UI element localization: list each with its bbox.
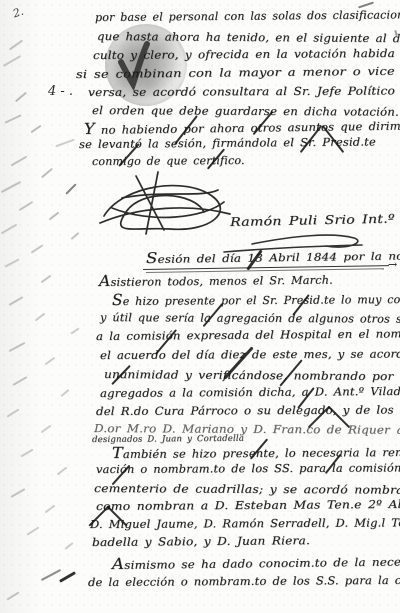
body-line: unanimidad y verificándose, nombrando po… — [104, 369, 400, 382]
bleedthrough-mark — [11, 156, 28, 167]
bleedthrough-mark — [31, 244, 44, 253]
manuscript-page: 2. 4 - . por base el personal con las so… — [0, 0, 400, 613]
scribble-cancellation — [92, 168, 242, 240]
bleedthrough-mark — [394, 30, 397, 36]
body-line: como nombran a D. Esteban Mas Ten.e 2º A… — [96, 499, 400, 512]
ink-slash-stroke — [59, 571, 76, 583]
bleedthrough-mark — [41, 569, 61, 581]
session-heading: Sesión del día 13 Abril 1844 por la noch… — [146, 248, 400, 267]
bleedthrough-mark — [27, 526, 40, 535]
body-line: del R.do Cura Párroco o su delegado, y d… — [96, 404, 400, 417]
body-line: badella y Sabio, y D. Juan Riera. — [92, 535, 310, 548]
attendance-line: Asistieron todos, menos el Sr. March. — [99, 272, 333, 290]
closing-line: conmigo de que certifico. — [92, 155, 245, 167]
bleedthrough-mark — [1, 224, 18, 235]
closing-line: que hasta ahora ha tenido, en el siguien… — [97, 31, 400, 44]
secretary-signature: Ramón Puli Srio Int.º — [230, 213, 395, 228]
bleedthrough-mark — [45, 505, 56, 514]
bleedthrough-mark — [61, 389, 70, 397]
page-corner-mark: 2. — [11, 5, 25, 21]
bleedthrough-mark — [9, 342, 26, 352]
body-line: cementerio de cuadrillas; y se acordó no… — [94, 483, 400, 496]
bleedthrough-mark — [19, 201, 34, 211]
body-line: vación o nombram.to de los SS. para la c… — [96, 462, 400, 475]
bleedthrough-mark — [45, 357, 56, 366]
closing-line: Y no habiendo por ahora otros asuntos qu… — [84, 117, 400, 137]
bleedthrough-mark — [7, 591, 20, 600]
bleedthrough-mark — [4, 114, 21, 123]
bleedthrough-mark — [70, 327, 79, 334]
body-line: a la comisión expresada del Hospital en … — [96, 328, 400, 342]
body-line: y útil que sería la agregación de alguno… — [100, 312, 400, 325]
bleedthrough-mark — [41, 168, 53, 179]
bleedthrough-mark — [3, 55, 21, 67]
bleedthrough-mark — [55, 139, 74, 148]
body-line: agregados a la comisión dicha, a D. Ant.… — [100, 386, 400, 399]
body-line: Asimismo se ha dado conocim.to de la nec… — [112, 553, 400, 572]
body-line: D. Miguel Jaume, D. Ramón Serradell, D. … — [90, 517, 400, 530]
bleedthrough-mark — [7, 408, 20, 417]
bleedthrough-mark — [358, 2, 374, 9]
bleedthrough-mark — [9, 296, 24, 306]
bleedthrough-mark — [57, 467, 68, 476]
body-line: de la elección o nombram.to de los S.S. … — [88, 574, 400, 588]
closing-line: versa, se acordó consultara al Sr. Jefe … — [88, 85, 395, 98]
bleedthrough-mark — [41, 275, 52, 284]
closing-line: culto y clero, y ofrecida en la votación… — [93, 48, 395, 61]
bleedthrough-mark — [65, 183, 76, 194]
bleedthrough-mark — [41, 425, 52, 434]
bleedthrough-mark — [13, 376, 28, 386]
bleedthrough-mark — [64, 542, 73, 550]
bleedthrough-mark — [49, 212, 60, 221]
bleedthrough-mark — [31, 125, 42, 134]
bleedthrough-mark — [15, 92, 27, 103]
bleedthrough-mark — [20, 449, 33, 458]
body-line: Se hizo presente por el Sr. Presid.te lo… — [112, 291, 400, 309]
bleedthrough-mark — [1, 181, 21, 193]
underline-arrow-icon: → — [388, 258, 397, 271]
closing-line: por base el personal con las solas dos c… — [95, 9, 400, 23]
bleedthrough-mark — [35, 313, 46, 322]
margin-item-number: 4 - . — [48, 84, 73, 99]
bleedthrough-mark — [11, 488, 26, 498]
bleedthrough-mark — [9, 40, 23, 51]
bleedthrough-mark — [4, 258, 19, 267]
closing-line: si se combinan con la mayor a menor o vi… — [76, 66, 395, 80]
closing-line: el orden que debe guardarse en dicha vot… — [92, 105, 399, 118]
bleedthrough-mark — [71, 232, 80, 240]
